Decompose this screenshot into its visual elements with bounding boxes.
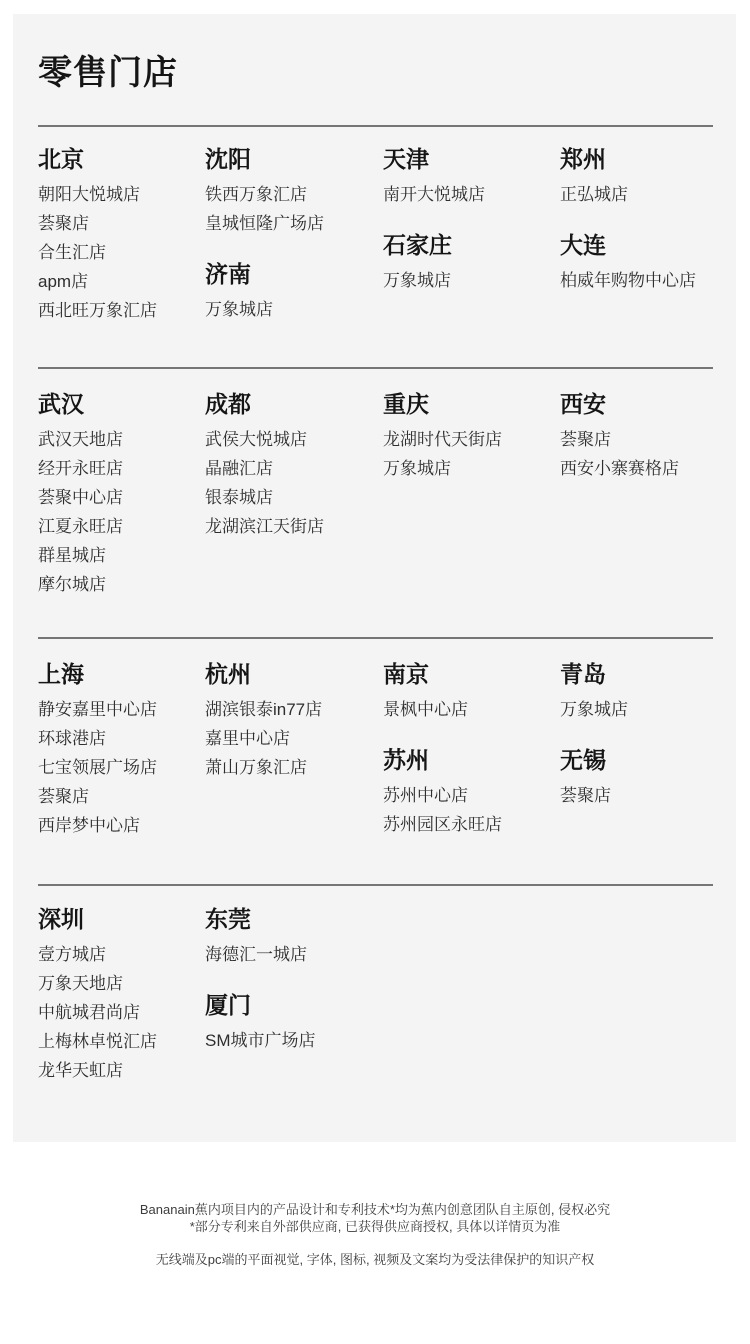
store-item: 湖滨银泰in77店 xyxy=(205,695,383,724)
city-heading: 无锡 xyxy=(560,749,713,772)
store-item: 柏威年购物中心店 xyxy=(560,266,713,295)
store-item: 万象城店 xyxy=(560,695,713,724)
city-heading: 沈阳 xyxy=(205,148,383,171)
store-item: 环球港店 xyxy=(38,724,205,753)
store-column: 青岛万象城店无锡荟聚店 xyxy=(560,663,713,840)
store-section-2: 武汉武汉天地店经开永旺店荟聚中心店江夏永旺店群星城店摩尔城店成都武侯大悦城店晶融… xyxy=(38,367,713,637)
legal-paragraph-1: Bananain蕉内项目内的产品设计和专利技术*均为蕉内创意团队自主原创, 侵权… xyxy=(0,1201,750,1235)
retail-stores-card: 零售门店 北京朝阳大悦城店荟聚店合生汇店apm店西北旺万象汇店沈阳铁西万象汇店皇… xyxy=(13,14,736,1142)
store-item: 龙湖滨江天街店 xyxy=(205,512,383,541)
store-item: 摩尔城店 xyxy=(38,570,205,599)
store-item: 西北旺万象汇店 xyxy=(38,296,205,325)
store-item: 群星城店 xyxy=(38,541,205,570)
store-column: 深圳壹方城店万象天地店中航城君尚店上梅林卓悦汇店龙华天虹店 xyxy=(38,908,205,1085)
store-item: 万象城店 xyxy=(383,266,560,295)
city-heading: 重庆 xyxy=(383,393,560,416)
store-column: 南京景枫中心店苏州苏州中心店苏州园区永旺店 xyxy=(383,663,560,840)
store-column: 杭州湖滨银泰in77店嘉里中心店萧山万象汇店 xyxy=(205,663,383,840)
legal-line-2: *部分专利来自外部供应商, 已获得供应商授权, 具体以详情页为准 xyxy=(190,1219,561,1234)
store-item: 经开永旺店 xyxy=(38,454,205,483)
city-heading: 杭州 xyxy=(205,663,383,686)
store-item: 正弘城店 xyxy=(560,180,713,209)
legal-footer: Bananain蕉内项目内的产品设计和专利技术*均为蕉内创意团队自主原创, 侵权… xyxy=(0,1201,750,1268)
store-column: 武汉武汉天地店经开永旺店荟聚中心店江夏永旺店群星城店摩尔城店 xyxy=(38,393,205,599)
store-item: 铁西万象汇店 xyxy=(205,180,383,209)
store-column: 东莞海德汇一城店厦门SM城市广场店 xyxy=(205,908,383,1085)
store-item: 荟聚店 xyxy=(560,781,713,810)
city-group: 西安荟聚店西安小寨赛格店 xyxy=(560,393,713,483)
city-group: 重庆龙湖时代天街店万象城店 xyxy=(383,393,560,483)
city-heading: 大连 xyxy=(560,234,713,257)
store-item: 皇城恒隆广场店 xyxy=(205,209,383,238)
city-group: 无锡荟聚店 xyxy=(560,749,713,810)
city-heading: 郑州 xyxy=(560,148,713,171)
store-column: 北京朝阳大悦城店荟聚店合生汇店apm店西北旺万象汇店 xyxy=(38,148,205,325)
store-item: 静安嘉里中心店 xyxy=(38,695,205,724)
city-heading: 天津 xyxy=(383,148,560,171)
city-group: 济南万象城店 xyxy=(205,263,383,324)
city-heading: 上海 xyxy=(38,663,205,686)
store-item: 荟聚店 xyxy=(38,209,205,238)
city-group: 天津南开大悦城店 xyxy=(383,148,560,209)
store-column: 沈阳铁西万象汇店皇城恒隆广场店济南万象城店 xyxy=(205,148,383,325)
store-item: 银泰城店 xyxy=(205,483,383,512)
store-item: 万象城店 xyxy=(383,454,560,483)
store-item: 西安小寨赛格店 xyxy=(560,454,713,483)
city-group: 深圳壹方城店万象天地店中航城君尚店上梅林卓悦汇店龙华天虹店 xyxy=(38,908,205,1085)
store-item: 苏州园区永旺店 xyxy=(383,810,560,839)
store-column: 重庆龙湖时代天街店万象城店 xyxy=(383,393,560,599)
store-sections: 北京朝阳大悦城店荟聚店合生汇店apm店西北旺万象汇店沈阳铁西万象汇店皇城恒隆广场… xyxy=(38,125,713,1142)
store-item: 龙华天虹店 xyxy=(38,1056,205,1085)
store-column: 郑州正弘城店大连柏威年购物中心店 xyxy=(560,148,713,325)
city-group: 成都武侯大悦城店晶融汇店银泰城店龙湖滨江天街店 xyxy=(205,393,383,541)
store-column: 西安荟聚店西安小寨赛格店 xyxy=(560,393,713,599)
city-heading: 北京 xyxy=(38,148,205,171)
city-group: 北京朝阳大悦城店荟聚店合生汇店apm店西北旺万象汇店 xyxy=(38,148,205,325)
store-item: 海德汇一城店 xyxy=(205,940,383,969)
store-item: SM城市广场店 xyxy=(205,1026,383,1055)
city-group: 石家庄万象城店 xyxy=(383,234,560,295)
store-section-1: 北京朝阳大悦城店荟聚店合生汇店apm店西北旺万象汇店沈阳铁西万象汇店皇城恒隆广场… xyxy=(38,125,713,367)
city-group: 苏州苏州中心店苏州园区永旺店 xyxy=(383,749,560,839)
store-item: 七宝领展广场店 xyxy=(38,753,205,782)
city-group: 郑州正弘城店 xyxy=(560,148,713,209)
store-item: 上梅林卓悦汇店 xyxy=(38,1027,205,1056)
city-group: 大连柏威年购物中心店 xyxy=(560,234,713,295)
store-item: 晶融汇店 xyxy=(205,454,383,483)
store-item: 荟聚店 xyxy=(38,782,205,811)
store-item: 万象天地店 xyxy=(38,969,205,998)
store-item: 壹方城店 xyxy=(38,940,205,969)
store-section-4: 深圳壹方城店万象天地店中航城君尚店上梅林卓悦汇店龙华天虹店东莞海德汇一城店厦门S… xyxy=(38,884,713,1142)
store-item: 江夏永旺店 xyxy=(38,512,205,541)
store-item: 苏州中心店 xyxy=(383,781,560,810)
store-item: 萧山万象汇店 xyxy=(205,753,383,782)
store-item: 朝阳大悦城店 xyxy=(38,180,205,209)
city-heading: 深圳 xyxy=(38,908,205,931)
store-item: 武侯大悦城店 xyxy=(205,425,383,454)
store-item: 景枫中心店 xyxy=(383,695,560,724)
city-group: 东莞海德汇一城店 xyxy=(205,908,383,969)
store-item: 中航城君尚店 xyxy=(38,998,205,1027)
store-item: 武汉天地店 xyxy=(38,425,205,454)
city-group: 杭州湖滨银泰in77店嘉里中心店萧山万象汇店 xyxy=(205,663,383,782)
store-item: 万象城店 xyxy=(205,295,383,324)
city-heading: 石家庄 xyxy=(383,234,560,257)
store-item: 嘉里中心店 xyxy=(205,724,383,753)
page-title: 零售门店 xyxy=(38,56,713,90)
store-item: apm店 xyxy=(38,267,205,296)
legal-paragraph-2: 无线端及pc端的平面视觉, 字体, 图标, 视频及文案均为受法律保护的知识产权 xyxy=(0,1251,750,1268)
city-heading: 西安 xyxy=(560,393,713,416)
store-item: 荟聚中心店 xyxy=(38,483,205,512)
city-group: 沈阳铁西万象汇店皇城恒隆广场店 xyxy=(205,148,383,238)
store-column xyxy=(383,908,560,1085)
city-group: 青岛万象城店 xyxy=(560,663,713,724)
store-section-3: 上海静安嘉里中心店环球港店七宝领展广场店荟聚店西岸梦中心店杭州湖滨银泰in77店… xyxy=(38,637,713,884)
city-group: 南京景枫中心店 xyxy=(383,663,560,724)
store-item: 合生汇店 xyxy=(38,238,205,267)
city-heading: 苏州 xyxy=(383,749,560,772)
store-item: 荟聚店 xyxy=(560,425,713,454)
store-column: 成都武侯大悦城店晶融汇店银泰城店龙湖滨江天街店 xyxy=(205,393,383,599)
city-group: 上海静安嘉里中心店环球港店七宝领展广场店荟聚店西岸梦中心店 xyxy=(38,663,205,840)
city-heading: 青岛 xyxy=(560,663,713,686)
store-column: 上海静安嘉里中心店环球港店七宝领展广场店荟聚店西岸梦中心店 xyxy=(38,663,205,840)
city-heading: 武汉 xyxy=(38,393,205,416)
city-group: 武汉武汉天地店经开永旺店荟聚中心店江夏永旺店群星城店摩尔城店 xyxy=(38,393,205,599)
store-item: 西岸梦中心店 xyxy=(38,811,205,840)
city-group: 厦门SM城市广场店 xyxy=(205,994,383,1055)
city-heading: 南京 xyxy=(383,663,560,686)
city-heading: 成都 xyxy=(205,393,383,416)
legal-line-1: Bananain蕉内项目内的产品设计和专利技术*均为蕉内创意团队自主原创, 侵权… xyxy=(140,1202,610,1217)
store-column xyxy=(560,908,713,1085)
store-column: 天津南开大悦城店石家庄万象城店 xyxy=(383,148,560,325)
store-item: 南开大悦城店 xyxy=(383,180,560,209)
city-heading: 济南 xyxy=(205,263,383,286)
city-heading: 厦门 xyxy=(205,994,383,1017)
store-item: 龙湖时代天街店 xyxy=(383,425,560,454)
legal-line-3: 无线端及pc端的平面视觉, 字体, 图标, 视频及文案均为受法律保护的知识产权 xyxy=(156,1252,594,1267)
city-heading: 东莞 xyxy=(205,908,383,931)
